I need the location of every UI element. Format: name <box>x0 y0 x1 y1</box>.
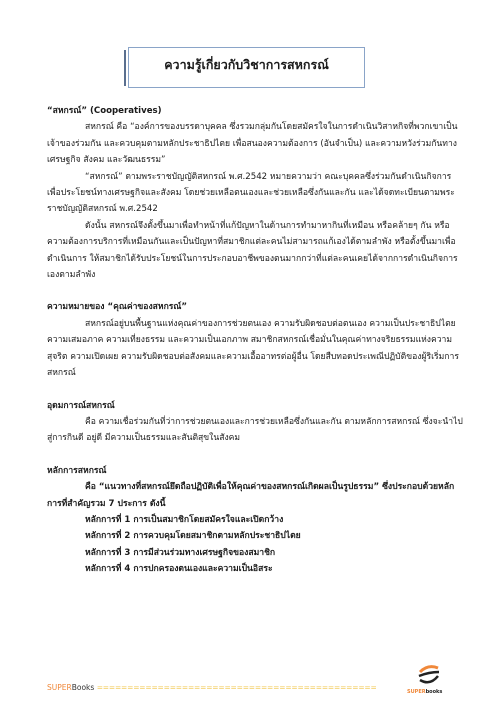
principle-item: หลักการที่ 1 การเป็นสมาชิกโดยสมัครใจและเ… <box>47 512 465 528</box>
paragraph-act-definition: “สหกรณ์” ตามพระราชบัญญัติสหกรณ์ พ.ศ.2542… <box>47 169 465 218</box>
principle-item: หลักการที่ 3 การมีส่วนร่วมทางเศรษฐกิจของ… <box>47 545 465 561</box>
footer-brand-books: Books <box>72 683 95 692</box>
logo-super-text: SUPER <box>407 689 426 695</box>
title-box: ความรู้เกี่ยวกับวิชาการสหกรณ์ <box>128 47 365 88</box>
paragraph-values: สหกรณ์อยู่บนพื้นฐานแห่งคุณค่าของการช่วยต… <box>47 316 465 382</box>
logo-books-text: books <box>426 689 443 695</box>
document-body: “สหกรณ์” (Cooperatives) สหกรณ์ คือ “องค์… <box>47 103 465 578</box>
section-heading-values: ความหมายของ “คุณค่าของสหกรณ์” <box>47 299 465 315</box>
section-heading-ideology: อุดมการณ์สหกรณ์ <box>47 398 465 414</box>
footer-rule: ========================================… <box>97 683 377 692</box>
footer-logo-text: SUPERbooks <box>407 689 442 695</box>
paragraph-ideology: คือ ความเชื่อร่วมกันที่ว่าการช่วยตนเองแล… <box>47 414 465 447</box>
paragraph-purpose: ดังนั้น สหกรณ์จึงตั้งขึ้นมาเพื่อทำหน้าที… <box>47 218 465 284</box>
superbooks-logo-icon <box>414 662 444 690</box>
principle-item: หลักการที่ 4 การปกครองตนเองและความเป็นอิ… <box>47 561 465 577</box>
page-footer: SUPERBooks =============================… <box>47 683 457 699</box>
paragraph-principles: คือ “แนวทางที่สหกรณ์ยึดถือปฏิบัติเพื่อให… <box>47 479 465 512</box>
principle-item: หลักการที่ 2 การควบคุมโดยสมาชิกตามหลักปร… <box>47 528 465 544</box>
section-heading-principles: หลักการสหกรณ์ <box>47 463 465 479</box>
page-title: ความรู้เกี่ยวกับวิชาการสหกรณ์ <box>164 55 329 75</box>
footer-brand-super: SUPER <box>47 683 72 692</box>
title-accent-bar <box>124 50 126 86</box>
section-heading-cooperatives: “สหกรณ์” (Cooperatives) <box>47 103 465 119</box>
paragraph-definition: สหกรณ์ คือ “องค์การของบรรดาบุคคล ซึ่งรวม… <box>47 119 465 168</box>
